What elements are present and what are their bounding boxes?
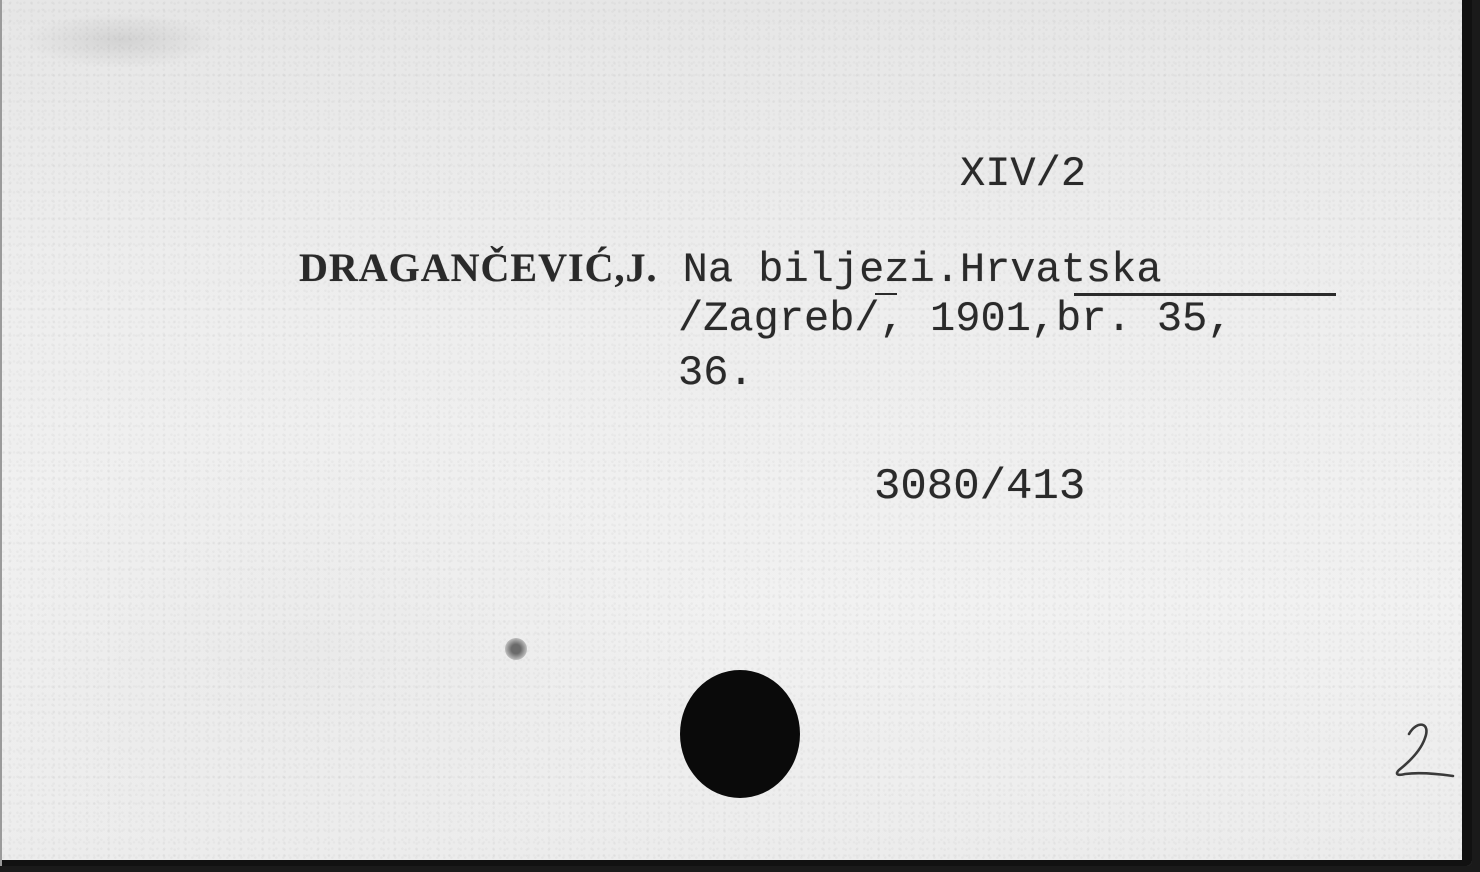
entry-line-3: 36. [678,352,754,394]
call-number: 3080/413 [874,462,1085,512]
author-name: DRAGANČEVIĆ,J. [299,245,657,290]
handwritten-number-icon [1387,716,1467,796]
entry-line-1: DRAGANČEVIĆ,J. Na biljezi.Hrvatska [299,248,1162,291]
punch-hole [680,670,800,798]
card-edge-bottom [2,860,1472,866]
catalog-card: XIV/2 DRAGANČEVIĆ,J. Na biljezi.Hrvatska… [0,0,1472,866]
ink-speck [505,638,527,660]
classification-code: XIV/2 [960,150,1086,198]
card-edge-right [1462,0,1472,866]
title-text: Na biljezi.Hrvatska [657,246,1161,294]
entry-line-2: /Zagreb/, 1901,br. 35, [678,298,1233,340]
